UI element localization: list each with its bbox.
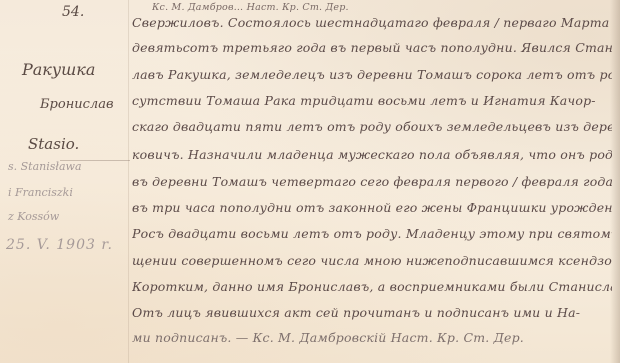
body-line: Свержиловъ. Состоялось шестнадцатаго фев… [132,15,612,30]
body-line: Отъ лицъ явившихся акт сей прочитанъ и п… [132,305,612,320]
body-line: скаго двадцати пяти летъ отъ роду обоихъ… [132,119,612,134]
closing-signature-line: ми подписанъ. — Кс. М. Дамбровскiй Наст.… [132,330,612,345]
pencil-note-father: s. Stanisława [8,160,136,173]
body-line: въ три часа пополудни отъ законной его ж… [132,200,612,215]
margin-rule [128,0,129,363]
margin-surname: Ракушка [22,60,150,79]
body-line: сутствии Томаша Рака тридцати восьми лет… [132,93,612,108]
register-page: 54. Ракушка Бронислав Stasio. s. Stanisł… [0,0,620,363]
body-line: лавъ Ракушка, земледелецъ изъ деревни То… [132,67,612,82]
body-line: въ деревни Томашъ четвертаго сего феврал… [132,174,612,189]
pencil-note-mother-maiden: z Kossów [8,210,136,223]
body-line: ковичъ. Назначили младенца мужескаго пол… [132,147,612,162]
body-line: Росъ двадцати восьми летъ отъ роду. Млад… [132,226,612,241]
body-line: щении совершенномъ сего числа мною нижеп… [132,253,612,268]
body-line: девятьсотъ третьяго года въ первый часъ … [132,40,612,55]
body-line: Коротким, данно имя Брониславъ, а воспри… [132,279,612,294]
pencil-note-mother: i Franciszki [8,186,136,199]
header-signature: Кс. М. Дамбров… Наст. Кр. Ст. Дер. [152,2,620,13]
pencil-note-date: 25. V. 1903 r. [6,237,134,253]
